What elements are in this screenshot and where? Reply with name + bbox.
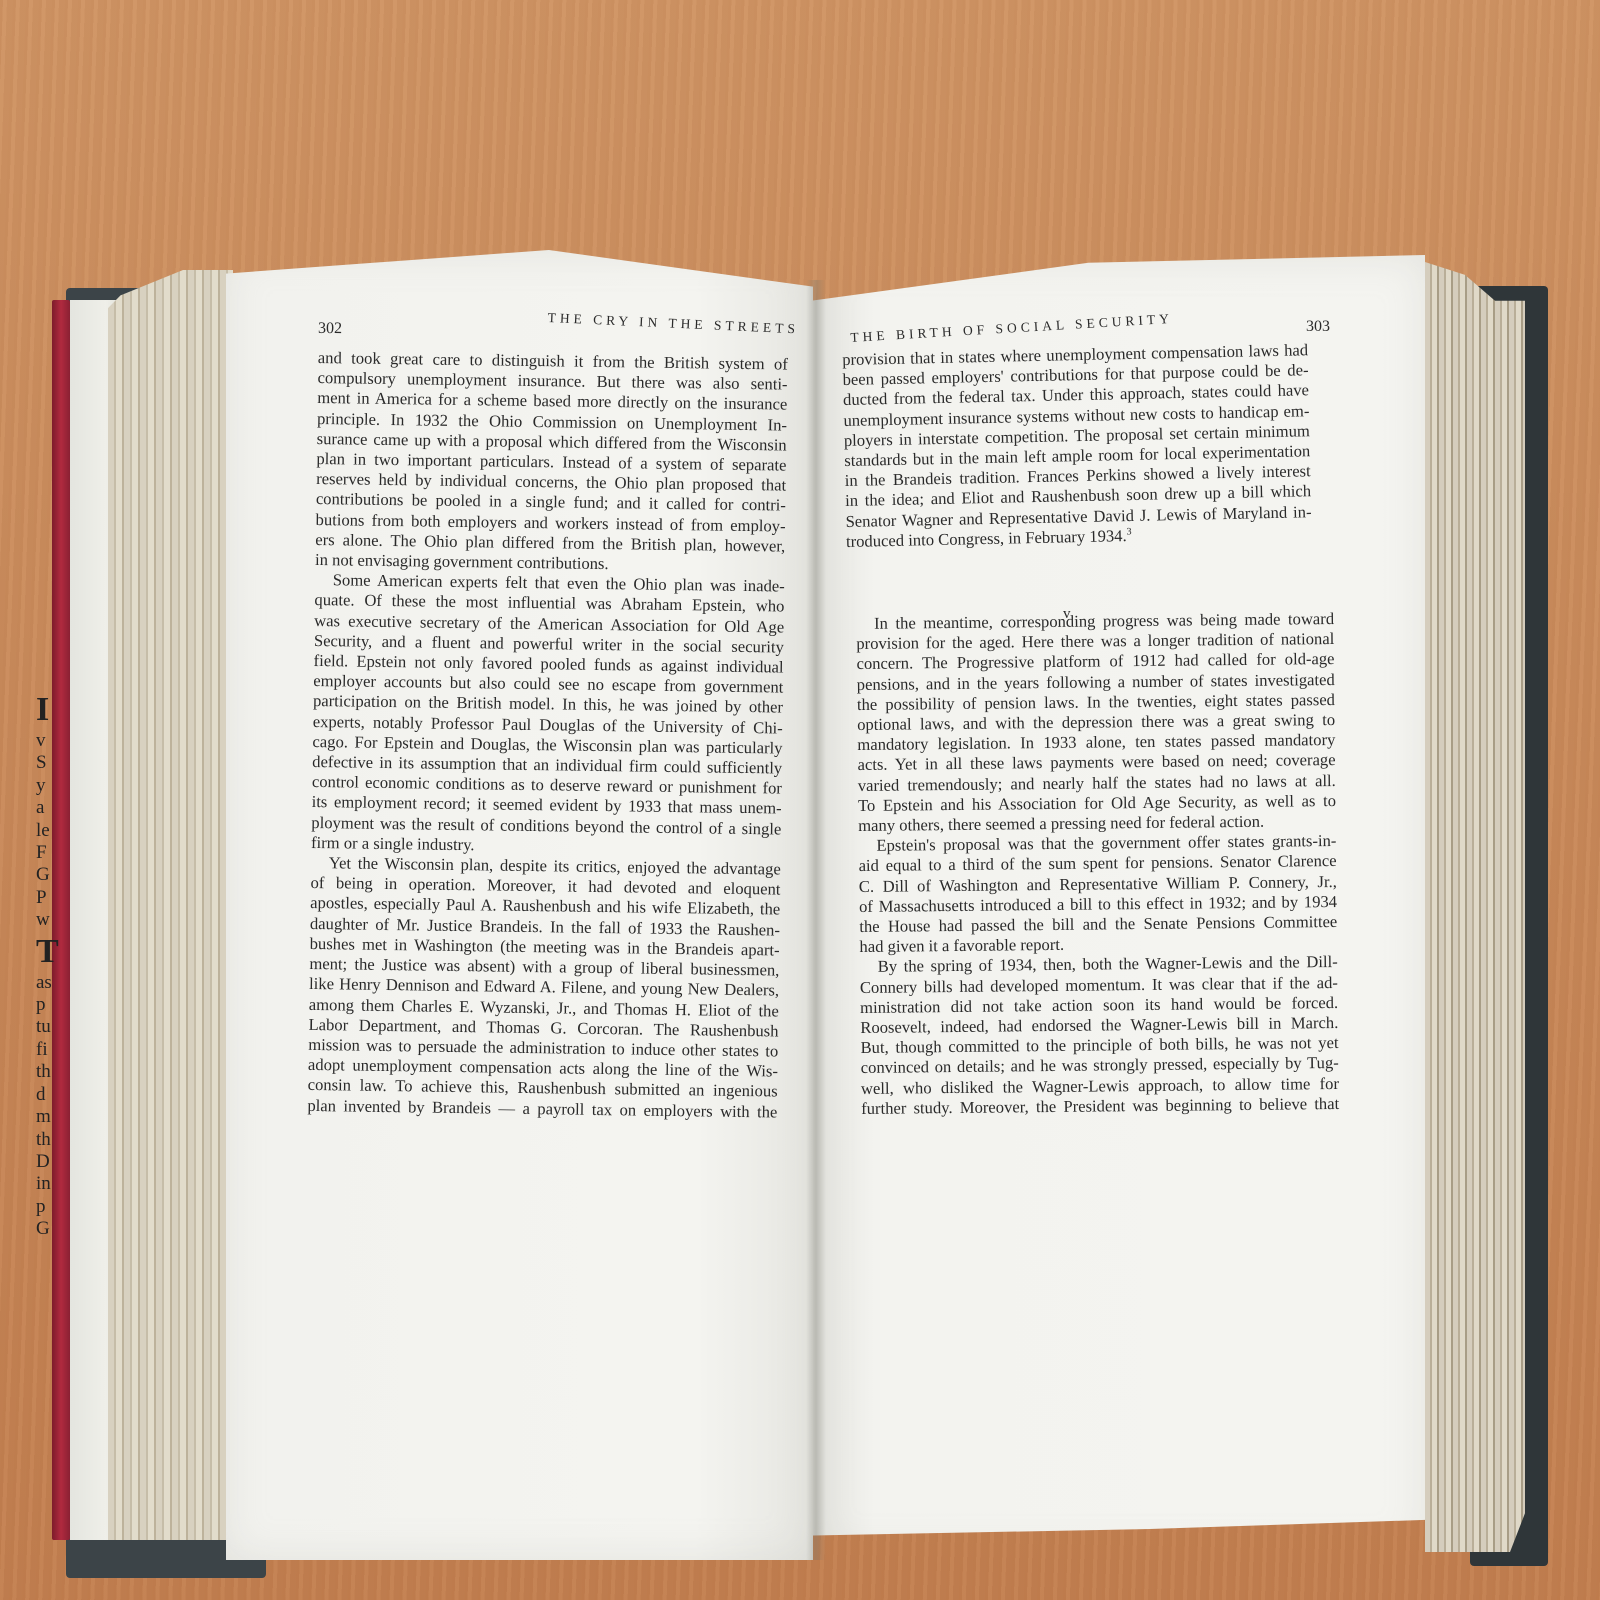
- book-gutter: [806, 280, 826, 1560]
- jacket-letter: P: [36, 887, 60, 909]
- jacket-letter: p: [36, 1196, 60, 1218]
- page-number-right: 303: [1306, 318, 1330, 336]
- jacket-letter: F: [36, 842, 60, 864]
- jacket-letter: th: [36, 1061, 60, 1083]
- right-page-body-top: provision that in states where unemploym…: [842, 340, 1312, 552]
- footnote-ref[interactable]: 3: [1126, 526, 1131, 537]
- jacket-letter: in: [36, 1173, 60, 1195]
- jacket-letter: D: [36, 1151, 60, 1173]
- jacket-letter: T: [36, 932, 60, 972]
- jacket-letter: as: [36, 972, 60, 994]
- jacket-letter: p: [36, 994, 60, 1016]
- jacket-letter: I: [36, 690, 60, 730]
- right-page-body-bottom: In the meantime, corresponding progress …: [856, 609, 1339, 1119]
- jacket-letter: le: [36, 820, 60, 842]
- jacket-letter: G: [36, 864, 60, 886]
- jacket-letter: th: [36, 1129, 60, 1151]
- left-page-body: and took great care to distinguish it fr…: [307, 348, 788, 1122]
- jacket-letter: a: [36, 797, 60, 819]
- open-book: IvSyaleFGPwTasptufithdmthDinpG 302 THE C…: [0, 0, 1600, 1600]
- page-number-left: 302: [318, 320, 342, 338]
- jacket-letter: y: [36, 775, 60, 797]
- jacket-letter: tu: [36, 1016, 60, 1038]
- page-edges-right: [1425, 262, 1525, 1552]
- jacket-letter: m: [36, 1106, 60, 1128]
- jacket-letter: S: [36, 752, 60, 774]
- page-edges-left: [108, 270, 233, 1540]
- jacket-letter: w: [36, 909, 60, 931]
- jacket-letter: fi: [36, 1039, 60, 1061]
- jacket-letter: G: [36, 1218, 60, 1240]
- dust-jacket-text: IvSyaleFGPwTasptufithdmthDinpG: [36, 690, 60, 1241]
- jacket-letter: d: [36, 1084, 60, 1106]
- jacket-letter: v: [36, 730, 60, 752]
